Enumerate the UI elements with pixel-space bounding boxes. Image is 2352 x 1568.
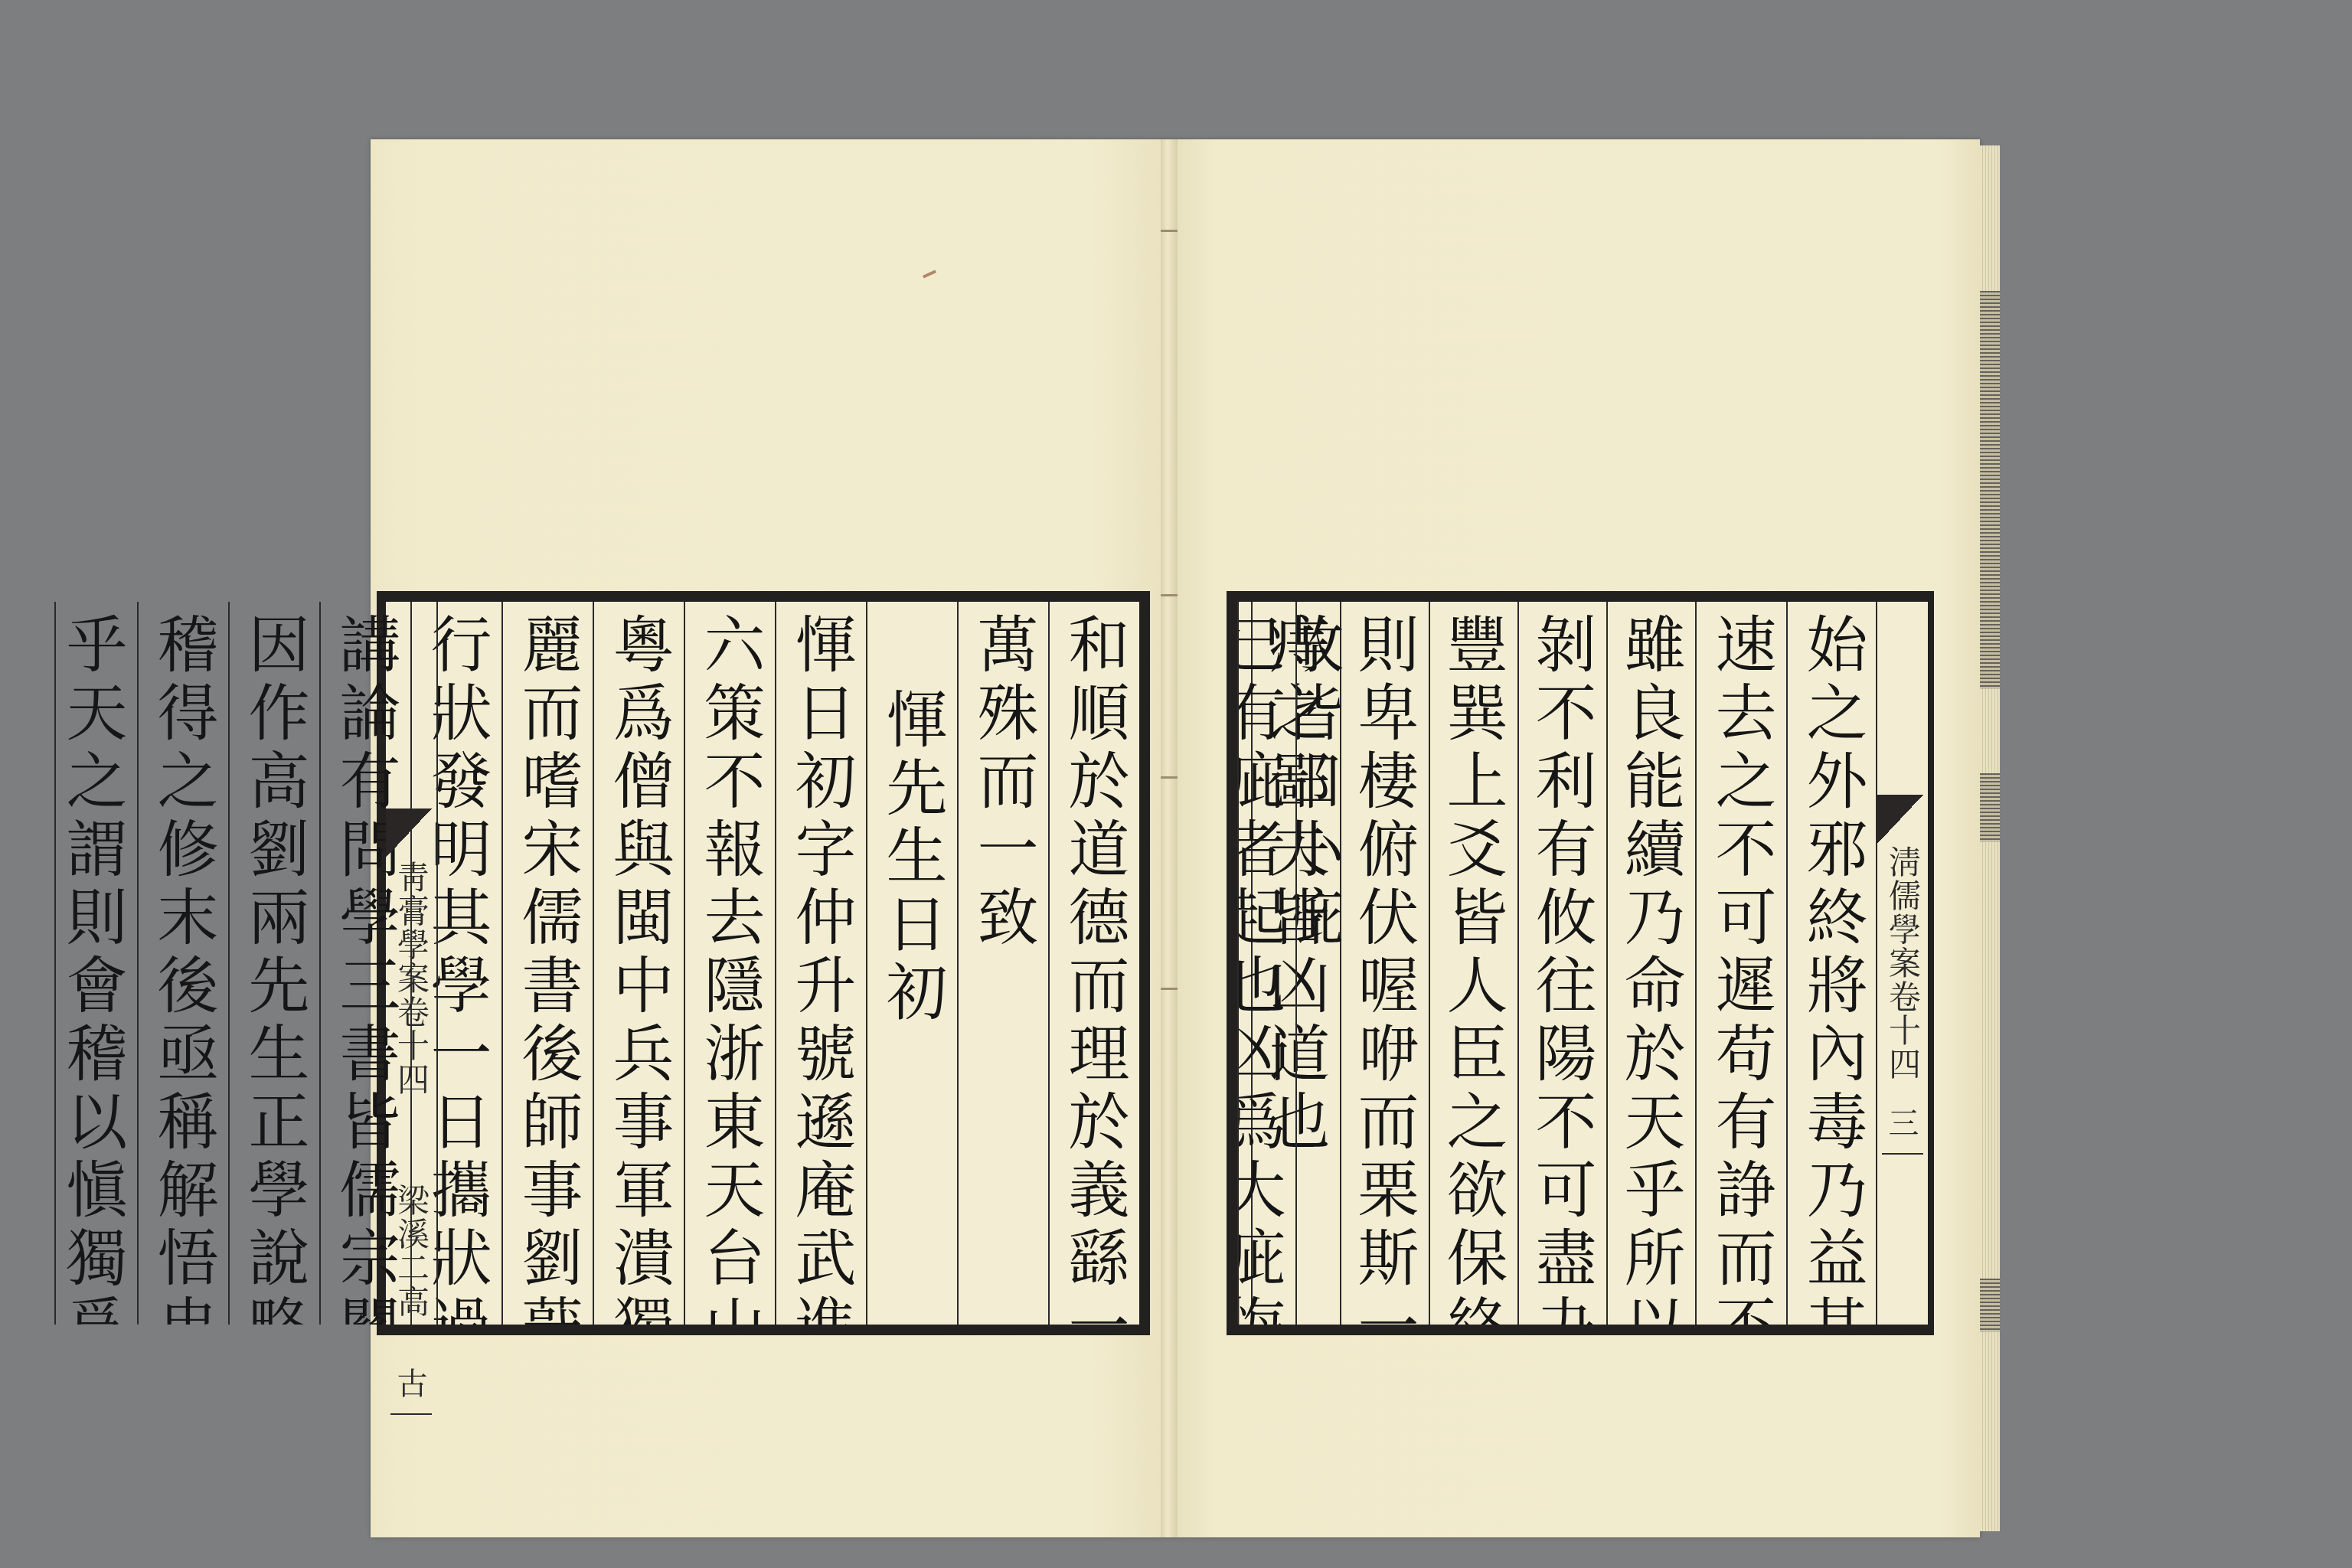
binding-notch bbox=[1161, 594, 1178, 596]
page-number: 古 bbox=[390, 1367, 432, 1415]
right-page-center-margin: 淸儒學案卷十四 三 bbox=[1876, 602, 1928, 1325]
page-edge-stack bbox=[1980, 145, 2000, 1531]
text-column: 和順於道德而理於義繇一致而萬殊窮理盡性以至於命繇 bbox=[1048, 602, 1139, 1325]
section-label: 梁溪二高 bbox=[390, 1184, 432, 1367]
text-column: 萬殊而一致 bbox=[957, 602, 1048, 1325]
text-column: 粵爲僧與閩中兵事軍潰獨走歸常州僧服講學少時文章瑰 bbox=[593, 602, 684, 1325]
text-column: 豐巽上爻皆人臣之欲保終者豐則峻宇危垣居高而絕物巽 bbox=[1429, 602, 1517, 1325]
text-column: 因作高劉兩先生正學說略曰忠憲得之悟畢生祗重修持會 bbox=[228, 602, 319, 1325]
text-column: 故皆曰小疵 bbox=[1295, 602, 1354, 1325]
text-column: 速去之不可遲苟有諍而不從聞過而不急改則生理鮮矣醫 bbox=[1695, 602, 1786, 1325]
binding-notch bbox=[1161, 776, 1178, 779]
book-title-label: 靑膏學案卷十四 bbox=[390, 861, 432, 1096]
section-heading-column: 惲先生日初 bbox=[866, 602, 957, 1325]
page-edge-ink bbox=[1980, 773, 2000, 842]
binding-notch bbox=[1161, 988, 1178, 990]
text-column: 已有疵者起也凶爲大疵悔疵爲凶之將終吝疵爲凶之方始 bbox=[1237, 602, 1295, 1325]
page-number: 三 bbox=[1882, 1107, 1923, 1155]
fishtail-ornament-icon bbox=[1877, 795, 1923, 844]
binding-notch bbox=[1161, 230, 1178, 232]
left-page-center-margin: 靑膏學案卷十四 梁溪二高 古 bbox=[386, 602, 438, 1325]
text-column: 惲日初字仲升號遜庵武進人明崇禎癸酉副榜應詔上備邊 bbox=[775, 602, 866, 1325]
right-text-columns-left-half: 故皆曰小疵 已有疵者起也凶爲大疵悔疵爲凶之將終吝疵爲凶之方始 bbox=[1237, 602, 1354, 1325]
page-edge-ink bbox=[1980, 1279, 2000, 1332]
fishtail-ornament-icon bbox=[386, 808, 432, 857]
text-column: 雖良能續乃命於天乎所以使遄有喜 bbox=[1606, 602, 1695, 1325]
text-column: 麗而嗜宋儒書後師事劉蕺山學益進蕺山歿後訂正年譜撰 bbox=[501, 602, 593, 1325]
page-edge-ink bbox=[1980, 291, 2000, 689]
book-spine-gutter bbox=[1161, 139, 1178, 1537]
text-column: 剝不利有攸往陽不可盡夬利有攸往陰不可留 bbox=[1517, 602, 1606, 1325]
left-text-frame: 和順於道德而理於義繇一致而萬殊窮理盡性以至於命繇 萬殊而一致 惲先生日初 惲日初… bbox=[377, 591, 1150, 1335]
text-column: 始之外邪終將內毒乃益其疾也所以不藥有喜損之疾攻之 bbox=[1786, 602, 1877, 1325]
text-column: 稽得之修末後亟稱解悟忠憲以格物爲宗成乎形之謂物本 bbox=[137, 602, 228, 1325]
text-column: 乎天之謂則會稽以愼獨爲宗一於位之謂獨原於性之謂誠 bbox=[54, 602, 137, 1325]
left-text-columns: 和順於道德而理於義繇一致而萬殊窮理盡性以至於命繇 萬殊而一致 惲先生日初 惲日初… bbox=[54, 602, 1139, 1325]
book-title-label: 淸儒學案卷十四 bbox=[1882, 845, 1923, 1081]
text-column: 六策不報去隱浙東天台山中三年而兩京亡浙亦被兵走閩 bbox=[684, 602, 775, 1325]
